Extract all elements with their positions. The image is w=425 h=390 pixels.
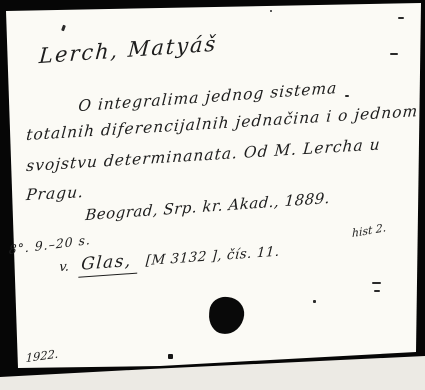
- title-line: Pragu.: [25, 183, 84, 204]
- scan-speck: [390, 53, 398, 55]
- scan-speck: [372, 282, 381, 284]
- scan-speck: [270, 10, 272, 12]
- scan-speck: [374, 290, 380, 292]
- scan-speck: [168, 354, 173, 359]
- scanned-catalog-card: Lerch, Matyáš O integralima jednog siste…: [0, 0, 425, 390]
- scan-speck: [345, 95, 349, 97]
- journal-name-underlined: Glas,: [78, 251, 138, 278]
- scan-speck: [398, 17, 404, 19]
- reference-prefix: v.: [59, 259, 70, 275]
- scan-speck: [313, 300, 316, 303]
